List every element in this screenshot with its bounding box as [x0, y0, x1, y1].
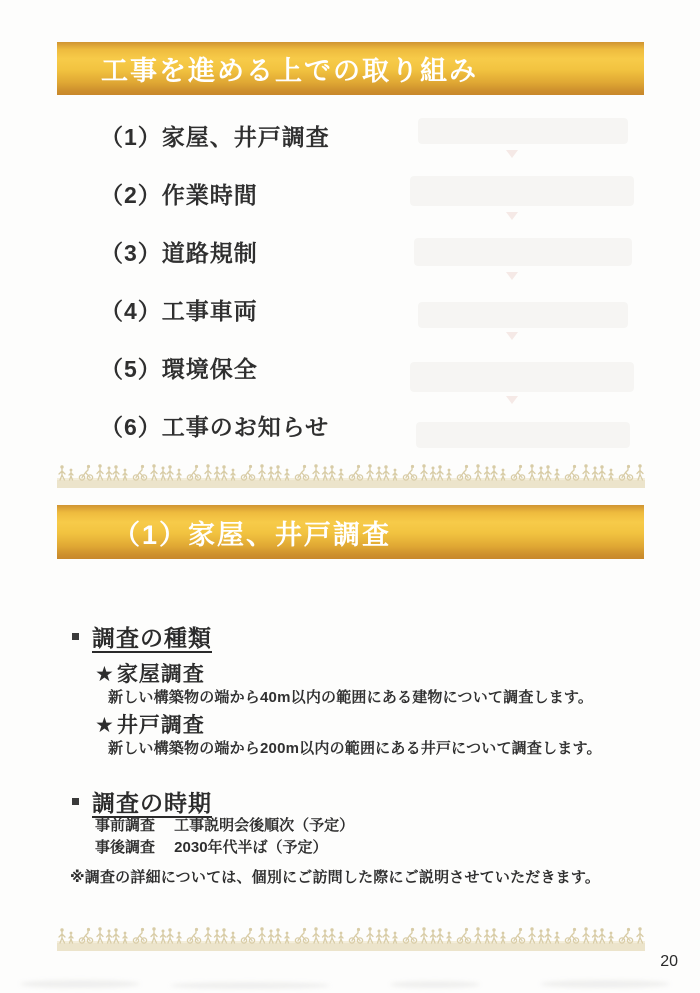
ghost-box [410, 362, 634, 392]
house-survey-title: ★家屋調査 [95, 658, 205, 688]
pre-survey-row: 事前調査 工事説明会後順次（予定） [95, 814, 354, 835]
ghost-box [414, 238, 632, 266]
page-number: 20 [660, 953, 678, 971]
star-icon: ★ [95, 714, 115, 737]
post-survey-label: 事後調査 [95, 836, 170, 857]
post-survey-value: 2030年代半ば（予定） [174, 839, 327, 856]
well-survey-description: 新しい構築物の端から200m以内の範囲にある井戸について調査します。 [108, 737, 602, 758]
post-survey-row: 事後調査 2030年代半ば（予定） [95, 836, 328, 857]
survey-types-heading-row: 調査の種類 [72, 620, 212, 653]
people-border-band-upper [57, 461, 645, 488]
star-icon: ★ [95, 663, 115, 686]
ghost-arrow [506, 272, 518, 280]
initiatives-banner-title: 工事を進める上での取り組み [101, 49, 478, 88]
ghost-box [418, 302, 628, 328]
scanned-document-page: 工事を進める上での取り組み （1）家屋、井戸調査 （2）作業時間 （3）道路規制… [0, 0, 700, 993]
agenda-item-2: （2）作業時間 [100, 184, 330, 207]
agenda-item-1: （1）家屋、井戸調査 [100, 126, 330, 149]
people-border-band-lower [57, 924, 645, 951]
square-bullet-icon [72, 798, 79, 805]
house-survey-description: 新しい構築物の端から40m以内の範囲にある建物について調査します。 [108, 686, 593, 707]
survey-footnote: ※調査の詳細については、個別にご訪問した際にご説明させていただきます。 [70, 866, 600, 887]
agenda-item-4: （4）工事車両 [100, 300, 330, 323]
pre-survey-value: 工事説明会後順次（予定） [174, 817, 354, 834]
square-bullet-icon [72, 633, 79, 640]
ghost-arrow [506, 396, 518, 404]
section-banner-initiatives: 工事を進める上での取り組み [57, 42, 644, 95]
agenda-item-5: （5）環境保全 [100, 358, 330, 381]
survey-banner-title: （1）家屋、井戸調査 [113, 513, 391, 552]
agenda-list: （1）家屋、井戸調査 （2）作業時間 （3）道路規制 （4）工事車両 （5）環境… [100, 126, 330, 474]
agenda-item-3: （3）道路規制 [100, 242, 330, 265]
ghost-box [410, 176, 634, 206]
ghost-box [416, 422, 630, 448]
section-banner-survey: （1）家屋、井戸調査 [57, 505, 644, 559]
well-survey-title: ★井戸調査 [95, 709, 205, 739]
ghost-box [418, 118, 628, 144]
ghost-arrow [506, 150, 518, 158]
ghost-arrow [506, 212, 518, 220]
agenda-item-6: （6）工事のお知らせ [100, 416, 330, 439]
survey-types-heading: 調査の種類 [92, 620, 212, 653]
pre-survey-label: 事前調査 [95, 814, 170, 835]
ghost-arrow [506, 332, 518, 340]
